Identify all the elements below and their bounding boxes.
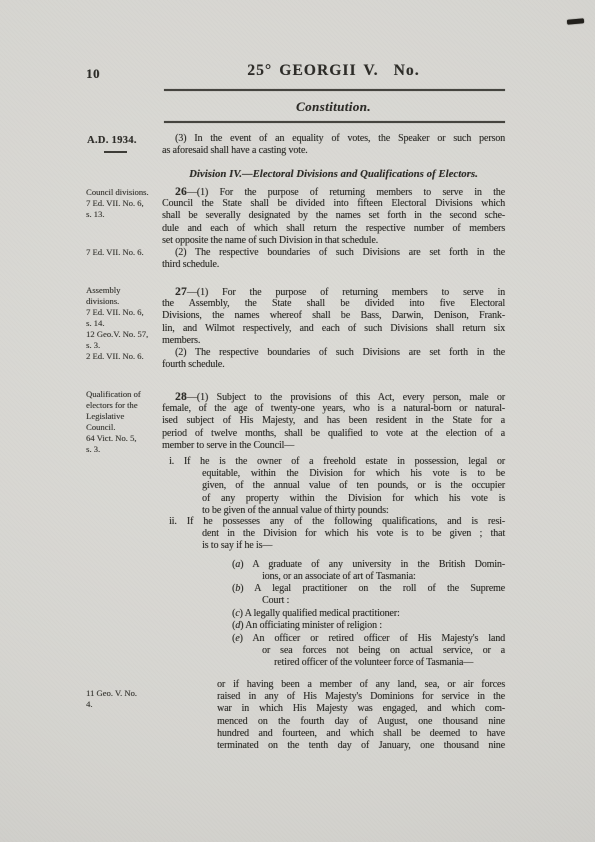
margin-note-line: Legislative — [86, 411, 162, 422]
year-note-rule — [104, 151, 127, 153]
margin-note-line: 12 Geo.V. No. 57, — [86, 329, 162, 340]
text-block-division-heading: Division IV.—Electoral Divisions and Qua… — [162, 169, 505, 181]
margin-note-line: 11 Geo. V. No. — [86, 688, 162, 699]
text-line: as aforesaid shall have a casting vote. — [162, 145, 505, 157]
text-line: (2) The respective boundaries of such Di… — [175, 347, 505, 359]
margin-note-ed7-no6: 7 Ed. VII. No. 6. — [86, 247, 162, 258]
text-line: dent in the Division for which his vote … — [202, 528, 505, 540]
text-line: war in which His Majesty was engaged, an… — [217, 703, 505, 715]
text-block-section-27: 27—(1) For the purpose of returning memb… — [162, 286, 505, 371]
scanned-document-page: 10 25° GEORGII V.No. Constitution. A.D. … — [0, 0, 595, 842]
margin-note-line: s. 3. — [86, 444, 162, 455]
text-line: member to serve in the Council— — [162, 440, 505, 452]
text-line: shall be severally designated by the nam… — [162, 210, 505, 222]
text-block-para-war-service: or if having been a member of any land, … — [162, 679, 505, 752]
text-line: Council the State shall be divided into … — [162, 198, 505, 210]
margin-note-qualification-electors: Qualification ofelectors for theLegislat… — [86, 389, 162, 433]
text-line: menced on the fourth day of August, one … — [217, 716, 505, 728]
text-line: (e) An officer or retired officer of His… — [232, 633, 505, 645]
text-line: Division IV.—Electoral Divisions and Qua… — [162, 169, 505, 181]
margin-note-line: 2 Ed. VII. No. 6. — [86, 351, 162, 362]
margin-note-line: Council divisions. — [86, 187, 162, 198]
text-line: (b) A legal practitioner on the roll of … — [232, 583, 505, 595]
page-number: 10 — [86, 66, 100, 82]
ink-mark-artifact — [567, 18, 584, 24]
text-line: Divisions, the names whereof shall be Ba… — [162, 310, 505, 322]
margin-note-ed7-no6-s14: 7 Ed. VII. No. 6,s. 14. — [86, 307, 162, 329]
text-line: 26—(1) For the purpose of returning memb… — [175, 186, 505, 198]
text-block-item-b: (b) A legal practitioner on the roll of … — [162, 583, 505, 607]
margin-note-line: Assembly — [86, 285, 162, 296]
text-block-item-ii: ii. If he possesses any of the following… — [162, 516, 505, 553]
text-line: third schedule. — [162, 259, 505, 271]
header-title: 25° GEORGII V.No. — [162, 62, 505, 80]
margin-note-vict64-no5: 64 Vict. No. 5,s. 3. — [86, 433, 162, 455]
year-note: A.D. 1934. — [87, 135, 137, 146]
text-line: 28—(1) Subject to the provisions of this… — [175, 391, 505, 403]
text-line: i. If he is the owner of a freehold esta… — [169, 456, 505, 468]
text-line: ised subject of His Majesty, and has bee… — [162, 415, 505, 427]
text-line: ii. If he possesses any of the following… — [169, 516, 505, 528]
text-line: female, of the age of twenty-one years, … — [162, 403, 505, 415]
text-line: (d) An officiating minister of religion … — [232, 620, 505, 632]
margin-note-line: 7 Ed. VII. No. 6. — [86, 247, 162, 258]
regnal-year: 25° GEORGII V. — [247, 62, 378, 79]
margin-note-line: 64 Vict. No. 5, — [86, 433, 162, 444]
text-line: set opposite the name of such Division i… — [162, 235, 505, 247]
margin-note-line: 7 Ed. VII. No. 6, — [86, 307, 162, 318]
text-line: equitable, within the Division for which… — [202, 468, 505, 480]
header-rule-top — [164, 89, 505, 91]
margin-note-ed2-no6: 2 Ed. VII. No. 6. — [86, 351, 162, 362]
text-line: or sea forces not being on actual servic… — [262, 645, 505, 657]
header-rule-bottom — [164, 121, 505, 123]
text-line: members. — [162, 335, 505, 347]
text-line: ions, or an associate of art of Tasmania… — [262, 571, 505, 583]
text-line: fourth schedule. — [162, 359, 505, 371]
text-line: (3) In the event of an equality of votes… — [175, 133, 505, 145]
text-line: given, of the annual value of ten pounds… — [202, 480, 505, 492]
text-block-para-3-equality: (3) In the event of an equality of votes… — [162, 133, 505, 157]
text-line: the Assembly, the State shall be divided… — [162, 298, 505, 310]
text-line: of any property within the Division for … — [202, 493, 505, 505]
text-line: raised in any of His Majesty's Dominions… — [217, 691, 505, 703]
running-title: Constitution. — [162, 99, 505, 115]
margin-note-line: Council. — [86, 422, 162, 433]
act-number: No. — [394, 62, 420, 79]
text-line: lin, and Wilmot respectively, and each o… — [162, 323, 505, 335]
text-line: terminated on the tenth day of January, … — [217, 740, 505, 752]
margin-note-line: 7 Ed. VII. No. 6, — [86, 198, 162, 209]
text-line: Court : — [262, 595, 505, 607]
margin-note-line: 4. — [86, 699, 162, 710]
text-line: (2) The respective boundaries of such Di… — [175, 247, 505, 259]
margin-note-assembly-divisions: Assemblydivisions. — [86, 285, 162, 307]
text-line: (c) A legally qualified medical practiti… — [232, 608, 505, 620]
text-block-item-c: (c) A legally qualified medical practiti… — [162, 608, 505, 620]
text-block-section-28: 28—(1) Subject to the provisions of this… — [162, 391, 505, 452]
margin-note-line: s. 14. — [86, 318, 162, 329]
text-line: or if having been a member of any land, … — [217, 679, 505, 691]
text-line: (a) A graduate of any university in the … — [232, 559, 505, 571]
text-line: hundred and fourteen, and which shall be… — [217, 728, 505, 740]
margin-note-line: s. 3. — [86, 340, 162, 351]
margin-note-line: Qualification of — [86, 389, 162, 400]
text-line: is to say if he is— — [202, 540, 505, 552]
text-line: 27—(1) For the purpose of returning memb… — [175, 286, 505, 298]
margin-note-council-divisions: Council divisions.7 Ed. VII. No. 6,s. 13… — [86, 187, 162, 220]
text-block-item-e: (e) An officer or retired officer of His… — [162, 633, 505, 670]
text-block-section-26: 26—(1) For the purpose of returning memb… — [162, 186, 505, 271]
margin-note-line: electors for the — [86, 400, 162, 411]
text-line: dule and each of which shall return the … — [162, 223, 505, 235]
text-block-item-a: (a) A graduate of any university in the … — [162, 559, 505, 583]
text-block-item-d: (d) An officiating minister of religion … — [162, 620, 505, 632]
margin-note-geo12-no57: 12 Geo.V. No. 57,s. 3. — [86, 329, 162, 351]
text-line: retired officer of the volunteer force o… — [274, 657, 505, 669]
margin-note-line: s. 13. — [86, 209, 162, 220]
text-line: period of twelve months, shall be qualif… — [162, 428, 505, 440]
margin-note-line: divisions. — [86, 296, 162, 307]
margin-note-geo11-no4: 11 Geo. V. No.4. — [86, 688, 162, 710]
text-block-item-i: i. If he is the owner of a freehold esta… — [162, 456, 505, 517]
